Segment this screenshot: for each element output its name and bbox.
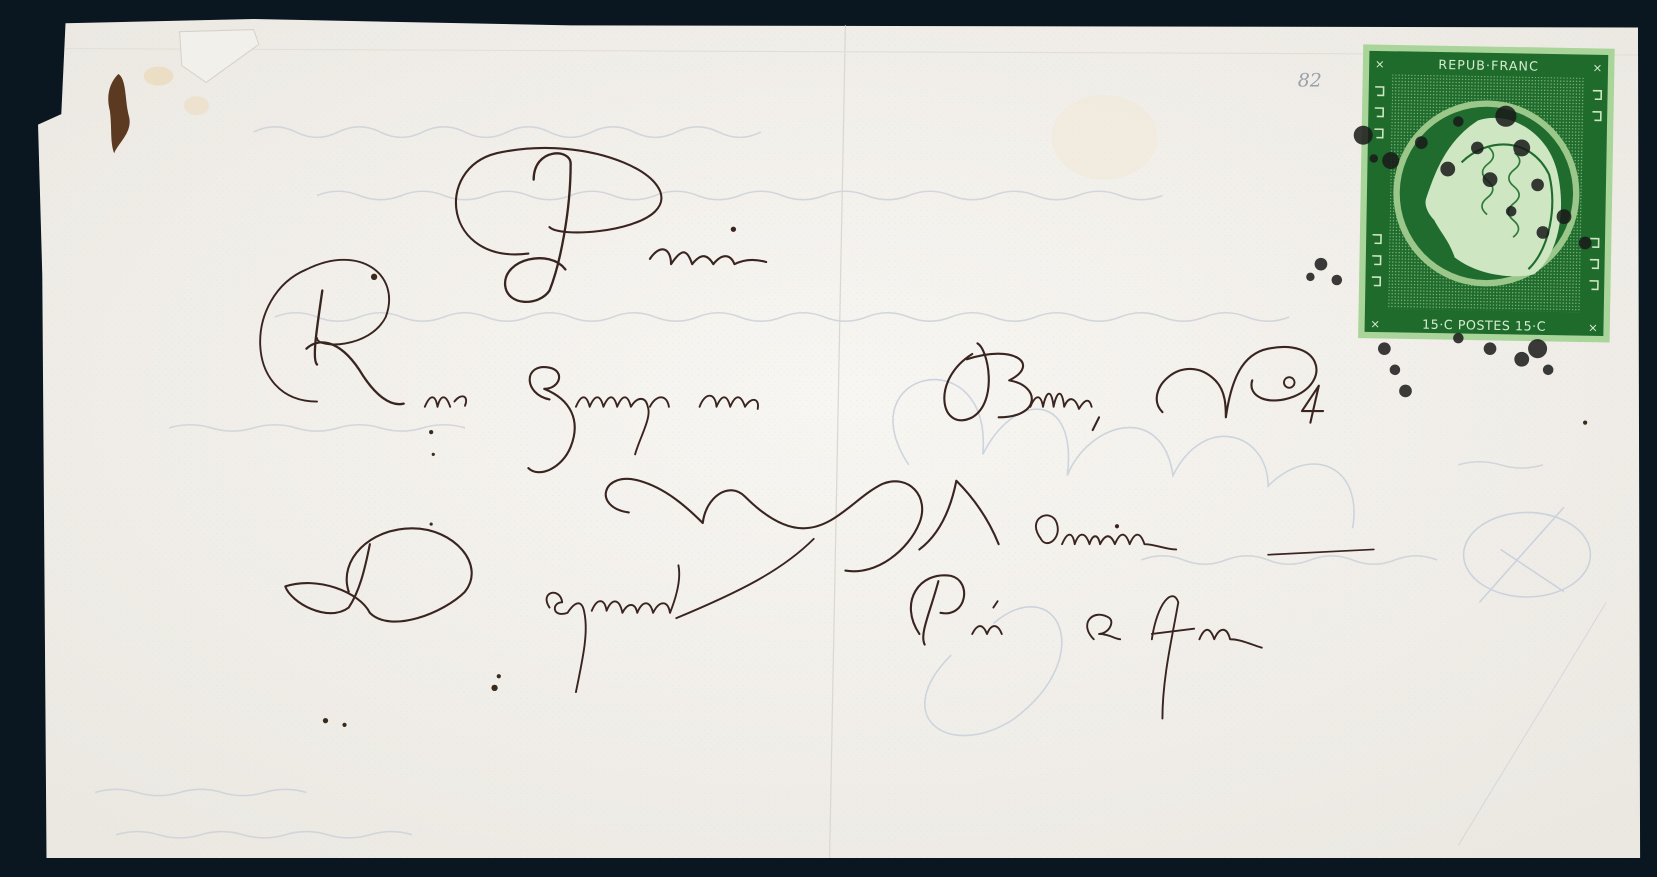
svg-text:×: × [1592, 61, 1602, 75]
svg-text:×: × [1588, 321, 1598, 335]
pencil-note: 82 [1298, 70, 1322, 92]
postage-stamp: REPUB·FRANC 15·C POSTES 15·C × × × × [1358, 44, 1615, 342]
stamp-bottom-text: 15·C POSTES 15·C [1422, 317, 1546, 334]
postal-cover-photo: 82 [0, 0, 1657, 877]
svg-text:×: × [1370, 317, 1380, 331]
svg-text:×: × [1375, 57, 1385, 71]
stamp-top-text: REPUB·FRANC [1438, 57, 1539, 74]
